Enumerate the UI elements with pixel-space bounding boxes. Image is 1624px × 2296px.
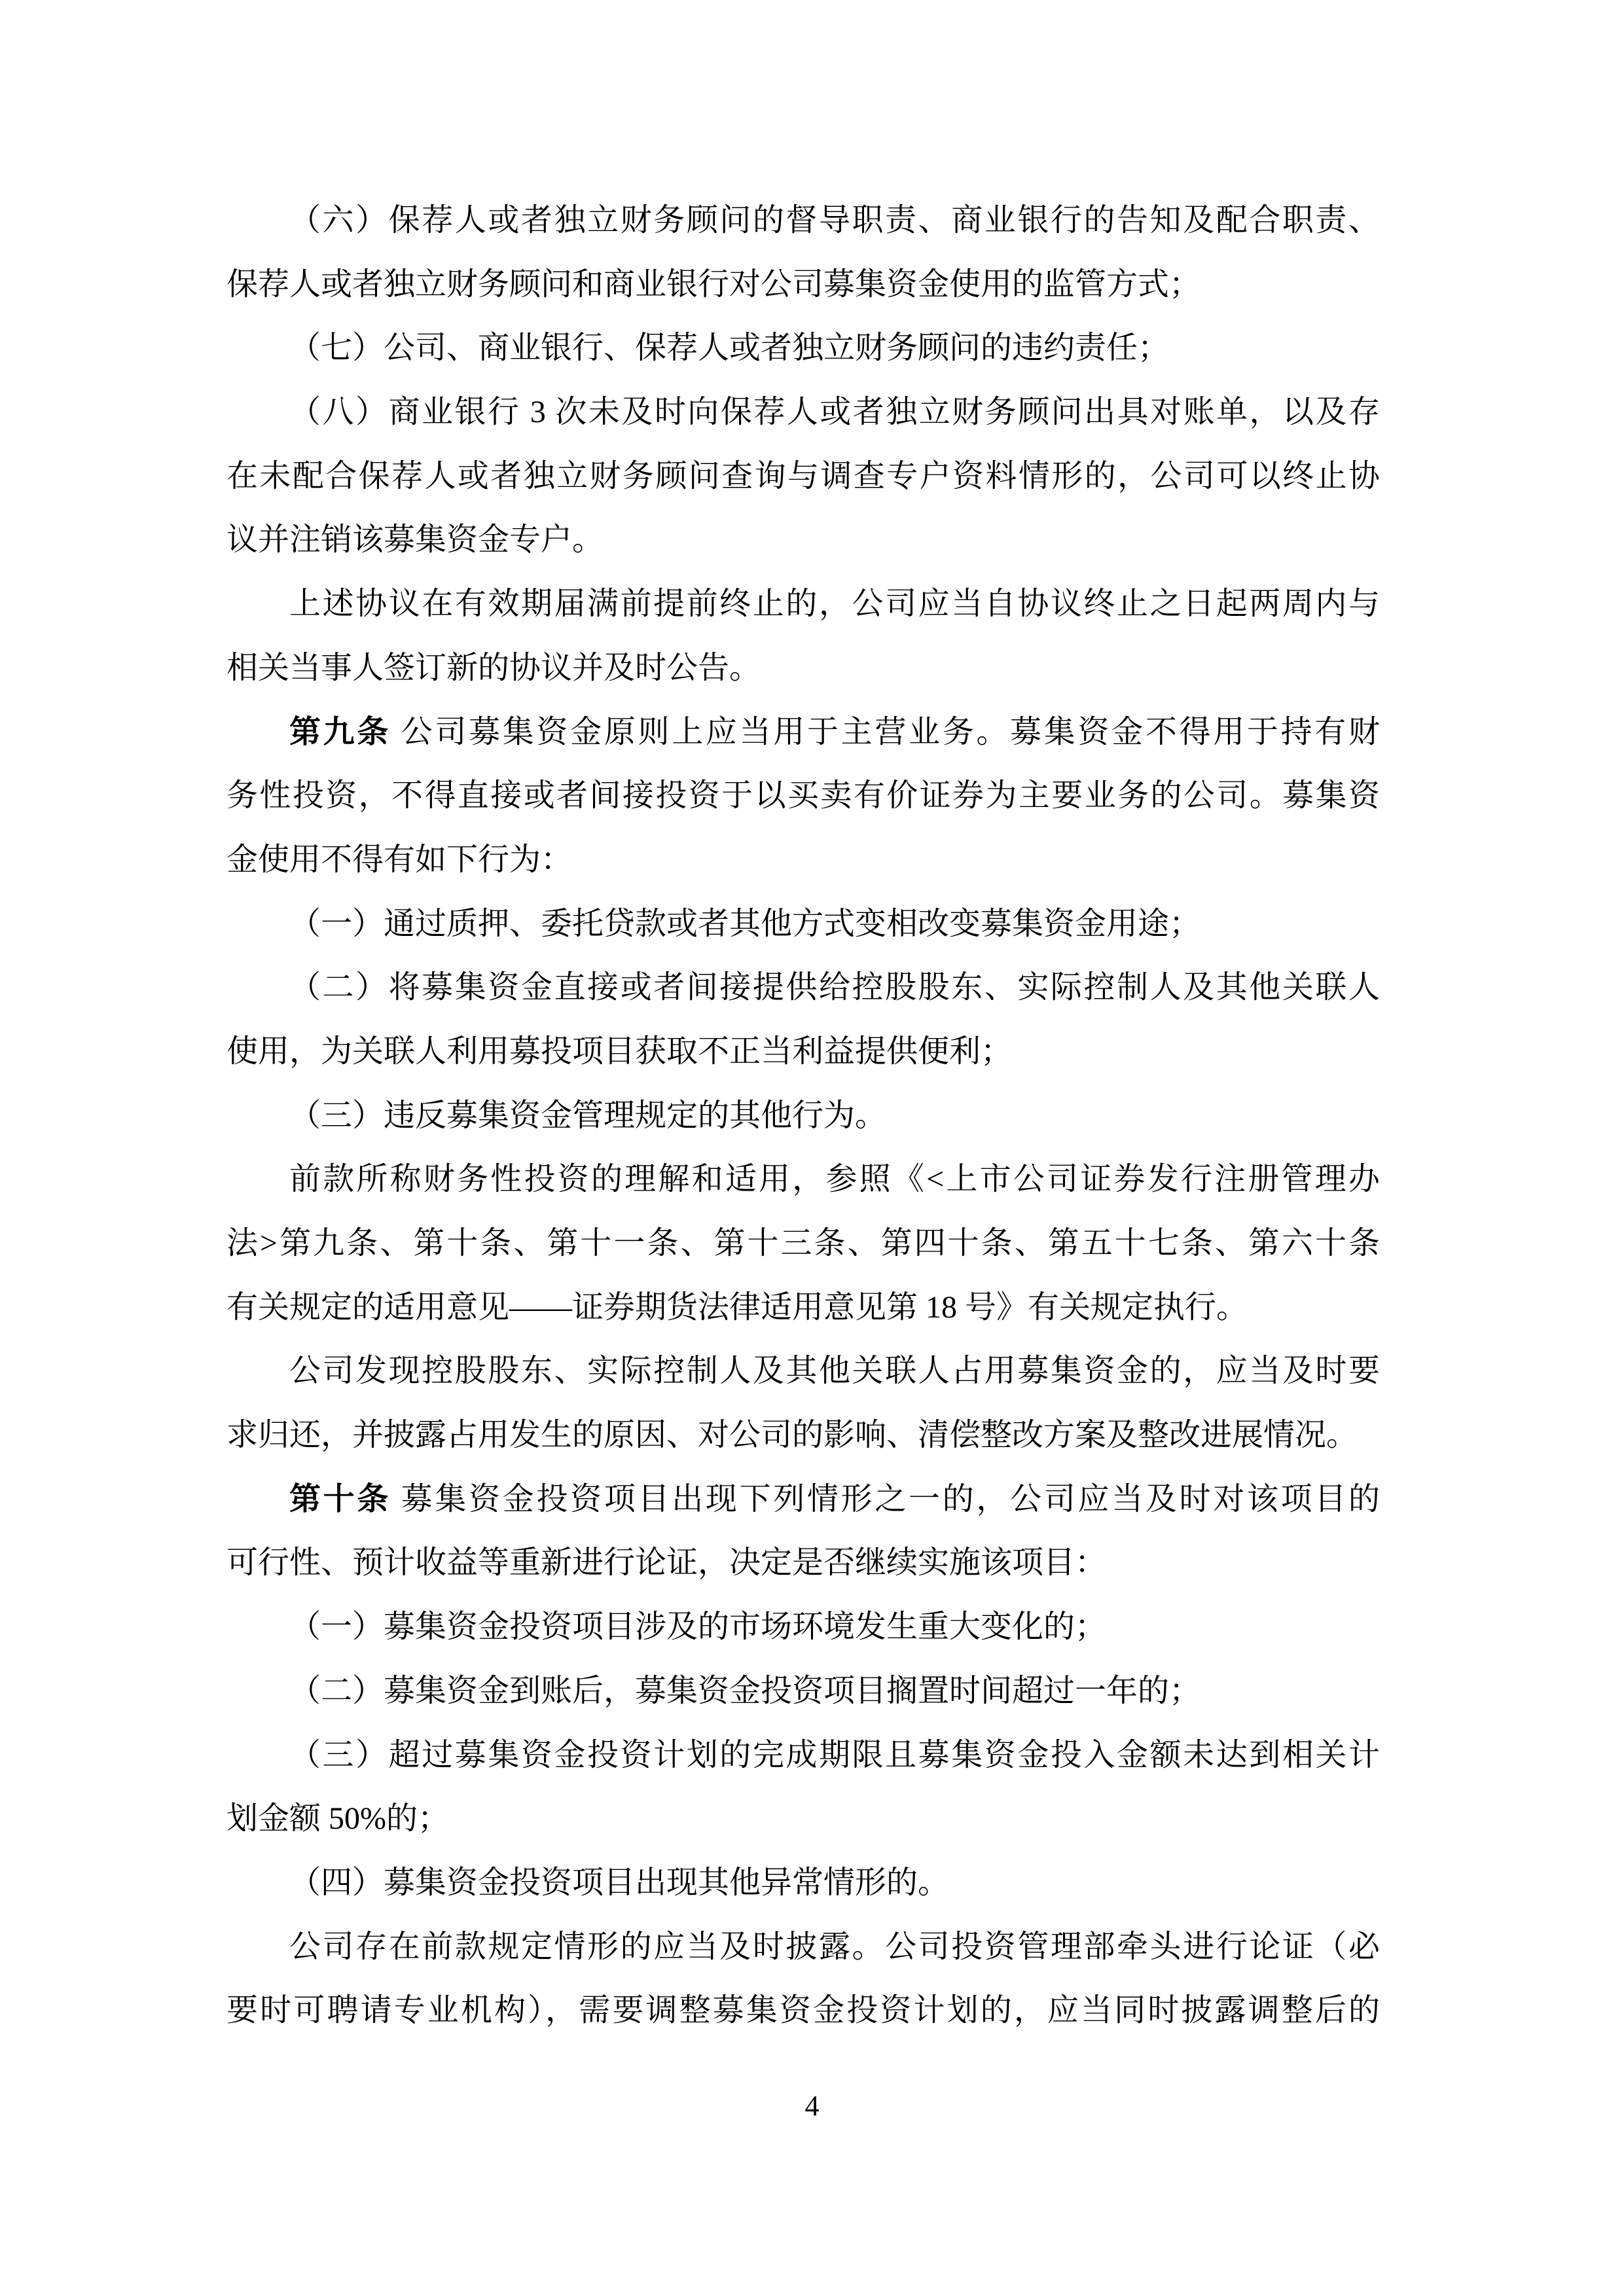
- line-text: 募集资金投资项目出现下列情形之一的，公司应当及时对该项目的: [391, 1482, 1380, 1516]
- text-line: 有关规定的适用意见——证券期货法律适用意见第 18 号》有关规定执行。: [226, 1276, 1380, 1340]
- line-text: 在未配合保荐人或者独立财务顾问查询与调查专户资料情形的，公司可以终止协: [226, 459, 1380, 493]
- line-text: 公司存在前款规定情形的应当及时披露。公司投资管理部牵头进行论证（必: [289, 1929, 1380, 1964]
- line-text: 前款所称财务性投资的理解和适用，参照《<上市公司证券发行注册管理办: [289, 1162, 1380, 1196]
- text-line: 使用，为关联人利用募投项目获取不正当利益提供便利；: [226, 1020, 1380, 1084]
- text-line: （四）募集资金投资项目出现其他异常情形的。: [226, 1851, 1380, 1915]
- text-line: （一）通过质押、委托贷款或者其他方式变相改变募集资金用途；: [226, 892, 1380, 956]
- line-text: （二）将募集资金直接或者间接提供给控股股东、实际控制人及其他关联人: [289, 970, 1380, 1005]
- text-line: （三）违反募集资金管理规定的其他行为。: [226, 1084, 1380, 1148]
- text-line: 上述协议在有效期届满前提前终止的，公司应当自协议终止之日起两周内与: [226, 572, 1380, 636]
- document-page: （六）保荐人或者独立财务顾问的督导职责、商业银行的告知及配合职责、保荐人或者独立…: [0, 0, 1624, 2296]
- document-viewport: { "page": { "number": "4" }, "document":…: [0, 0, 1624, 2296]
- text-line: （一）募集资金投资项目涉及的市场环境发生重大变化的；: [226, 1595, 1380, 1659]
- text-line: 公司发现控股股东、实际控制人及其他关联人占用募集资金的，应当及时要: [226, 1339, 1380, 1403]
- text-line: （二）将募集资金直接或者间接提供给控股股东、实际控制人及其他关联人: [226, 956, 1380, 1020]
- line-text: （二）募集资金到账后，募集资金投资项目搁置时间超过一年的；: [289, 1674, 1200, 1708]
- text-line: 法>第九条、第十条、第十一条、第十三条、第四十条、第五十七条、第六十条: [226, 1211, 1380, 1276]
- text-line: 划金额 50%的；: [226, 1787, 1380, 1851]
- text-line: 前款所称财务性投资的理解和适用，参照《<上市公司证券发行注册管理办: [226, 1147, 1380, 1211]
- text-line: 务性投资，不得直接或者间接投资于以买卖有价证券为主要业务的公司。募集资: [226, 764, 1380, 828]
- text-line: 求归还，并披露占用发生的原因、对公司的影响、清偿整改方案及整改进展情况。: [226, 1403, 1380, 1467]
- article-number: 第十条: [289, 1482, 391, 1516]
- text-line: （七）公司、商业银行、保荐人或者独立财务顾问的违约责任；: [226, 316, 1380, 380]
- line-text: （三）违反募集资金管理规定的其他行为。: [289, 1098, 886, 1133]
- page-number: 4: [0, 2087, 1624, 2126]
- article-number: 第九条: [289, 715, 391, 749]
- line-text: （六）保荐人或者独立财务顾问的督导职责、商业银行的告知及配合职责、: [289, 203, 1380, 238]
- text-line: 保荐人或者独立财务顾问和商业银行对公司募集资金使用的监管方式；: [226, 253, 1380, 317]
- text-line: 要时可聘请专业机构），需要调整募集资金投资计划的，应当同时披露调整后的: [226, 1979, 1380, 2043]
- text-line: （二）募集资金到账后，募集资金投资项目搁置时间超过一年的；: [226, 1659, 1380, 1723]
- line-text: 可行性、预计收益等重新进行论证，决定是否继续实施该项目：: [226, 1545, 1106, 1580]
- line-text: （七）公司、商业银行、保荐人或者独立财务顾问的违约责任；: [289, 331, 1169, 365]
- line-text: 公司募集资金原则上应当用于主营业务。募集资金不得用于持有财: [391, 715, 1380, 749]
- line-text: （一）通过质押、委托贷款或者其他方式变相改变募集资金用途；: [289, 906, 1200, 941]
- text-line: （六）保荐人或者独立财务顾问的督导职责、商业银行的告知及配合职责、: [226, 188, 1380, 253]
- line-text: 议并注销该募集资金专户。: [226, 522, 604, 557]
- line-text: 法>第九条、第十条、第十一条、第十三条、第四十条、第五十七条、第六十条: [226, 1226, 1380, 1261]
- line-text: 金使用不得有如下行为：: [226, 842, 572, 877]
- line-text: 公司发现控股股东、实际控制人及其他关联人占用募集资金的，应当及时要: [289, 1354, 1380, 1388]
- line-text: 上述协议在有效期届满前提前终止的，公司应当自协议终止之日起两周内与: [289, 586, 1380, 621]
- line-text: （三）超过募集资金投资计划的完成期限且募集资金投入金额未达到相关计: [289, 1738, 1380, 1772]
- text-line: 可行性、预计收益等重新进行论证，决定是否继续实施该项目：: [226, 1531, 1380, 1595]
- text-line: 金使用不得有如下行为：: [226, 828, 1380, 892]
- line-text: 使用，为关联人利用募投项目获取不正当利益提供便利；: [226, 1034, 1012, 1069]
- text-line: 议并注销该募集资金专户。: [226, 508, 1380, 572]
- text-line: 相关当事人签订新的协议并及时公告。: [226, 636, 1380, 700]
- line-text: 相关当事人签订新的协议并及时公告。: [226, 651, 761, 685]
- line-text: （一）募集资金投资项目涉及的市场环境发生重大变化的；: [289, 1609, 1106, 1644]
- line-text: （四）募集资金投资项目出现其他异常情形的。: [289, 1865, 949, 1900]
- line-text: 有关规定的适用意见——证券期货法律适用意见第 18 号》有关规定执行。: [226, 1290, 1248, 1325]
- text-line: 公司存在前款规定情形的应当及时披露。公司投资管理部牵头进行论证（必: [226, 1915, 1380, 1979]
- line-text: 保荐人或者独立财务顾问和商业银行对公司募集资金使用的监管方式；: [226, 267, 1200, 302]
- line-text: 要时可聘请专业机构），需要调整募集资金投资计划的，应当同时披露调整后的: [226, 1993, 1380, 2028]
- text-line: 第十条 募集资金投资项目出现下列情形之一的，公司应当及时对该项目的: [226, 1467, 1380, 1532]
- text-line: （八）商业银行 3 次未及时向保荐人或者独立财务顾问出具对账单，以及存: [226, 380, 1380, 444]
- line-text: 务性投资，不得直接或者间接投资于以买卖有价证券为主要业务的公司。募集资: [226, 778, 1380, 813]
- line-text: 求归还，并披露占用发生的原因、对公司的影响、清偿整改方案及整改进展情况。: [226, 1418, 1358, 1452]
- line-text: 划金额 50%的；: [226, 1801, 449, 1836]
- document-body: （六）保荐人或者独立财务顾问的督导职责、商业银行的告知及配合职责、保荐人或者独立…: [226, 188, 1380, 2043]
- text-line: 第九条 公司募集资金原则上应当用于主营业务。募集资金不得用于持有财: [226, 700, 1380, 764]
- text-line: （三）超过募集资金投资计划的完成期限且募集资金投入金额未达到相关计: [226, 1723, 1380, 1787]
- text-line: 在未配合保荐人或者独立财务顾问查询与调查专户资料情形的，公司可以终止协: [226, 444, 1380, 509]
- line-text: （八）商业银行 3 次未及时向保荐人或者独立财务顾问出具对账单，以及存: [289, 395, 1380, 429]
